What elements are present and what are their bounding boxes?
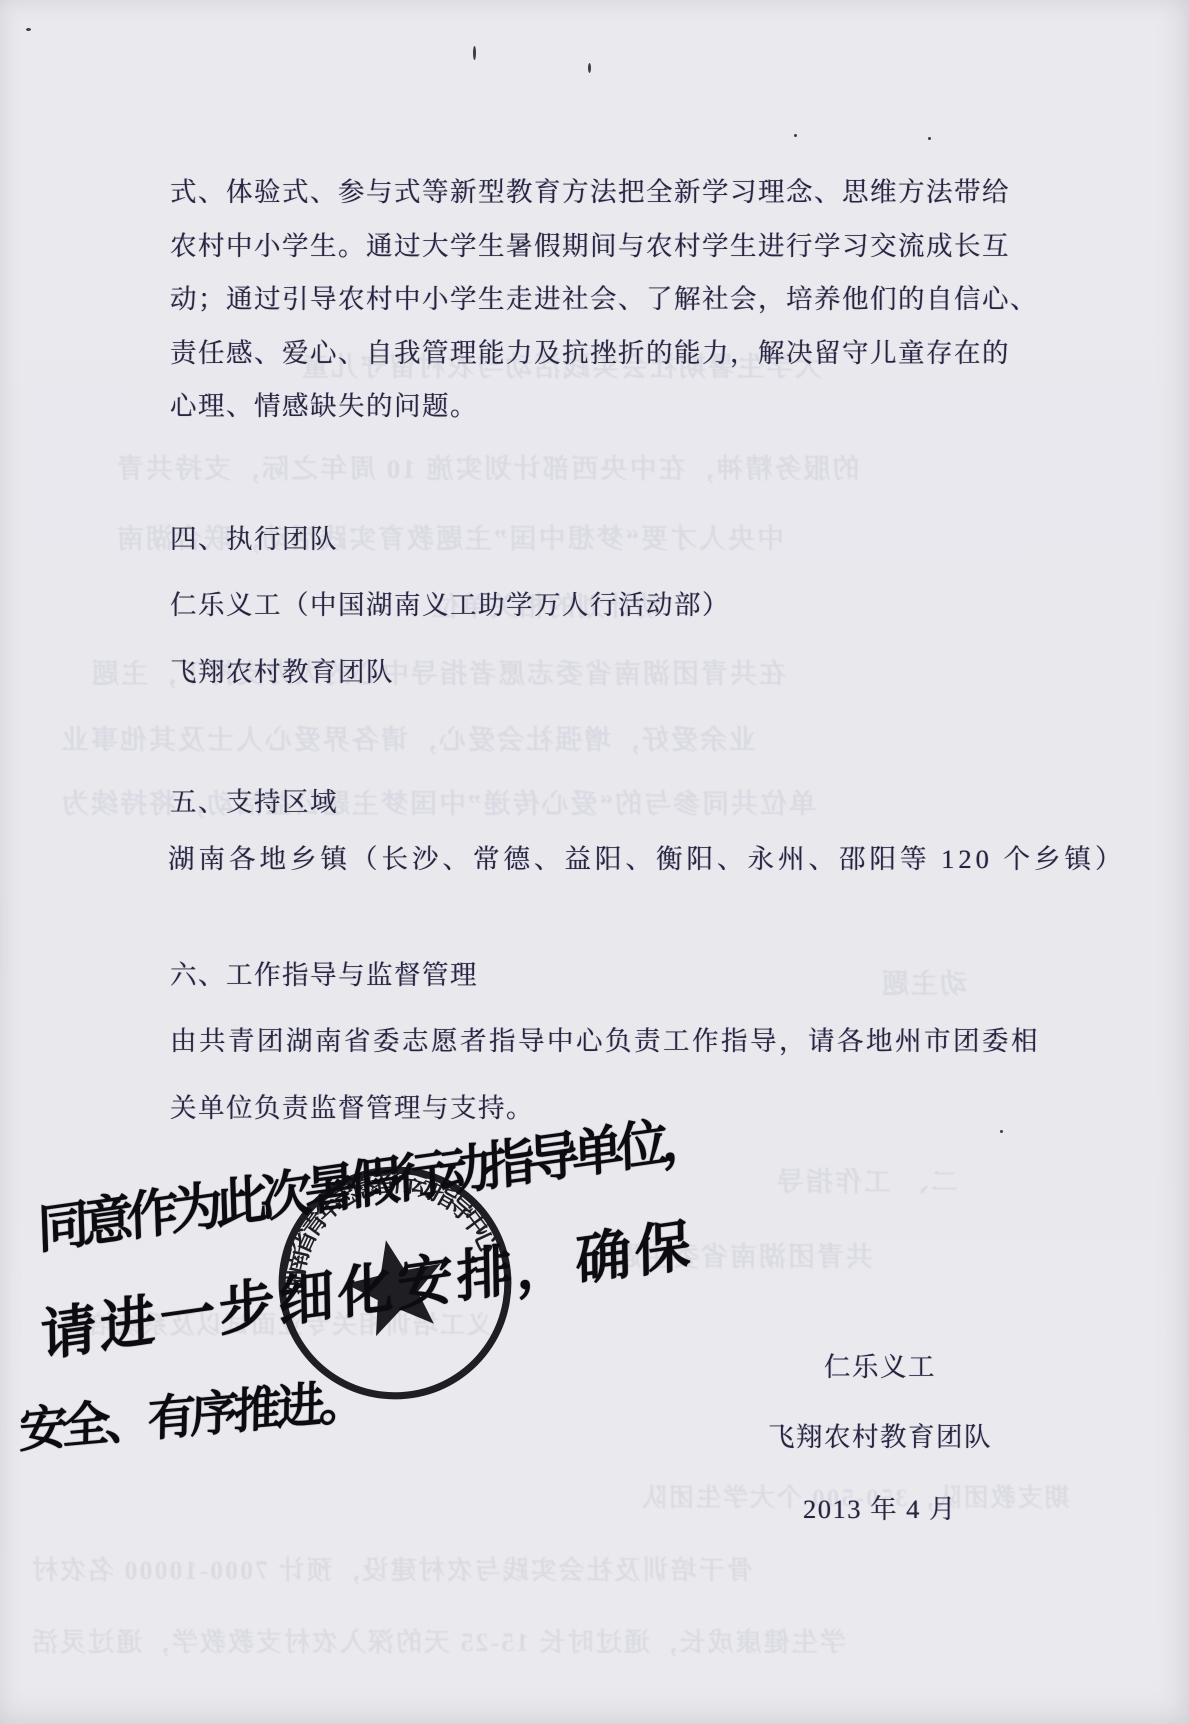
signature-org1: 仁乐义工 — [690, 1345, 1070, 1384]
scan-speck — [588, 63, 591, 73]
scan-speck — [26, 28, 31, 31]
signature-date: 2013 年 4 月 — [690, 1487, 1070, 1526]
scan-speck-layer — [0, 0, 1189, 1724]
scan-speck — [928, 137, 931, 140]
scan-speck — [473, 46, 476, 60]
signature-org2: 飞翔农村教育团队 — [690, 1415, 1070, 1454]
scanned-document-page: 大学生暑期社会实践活动与农村留守儿童的服务精神，在中央西部计划实施 10 周年之… — [0, 0, 1189, 1724]
scan-speck — [1000, 1130, 1003, 1133]
scan-speck — [794, 134, 797, 137]
